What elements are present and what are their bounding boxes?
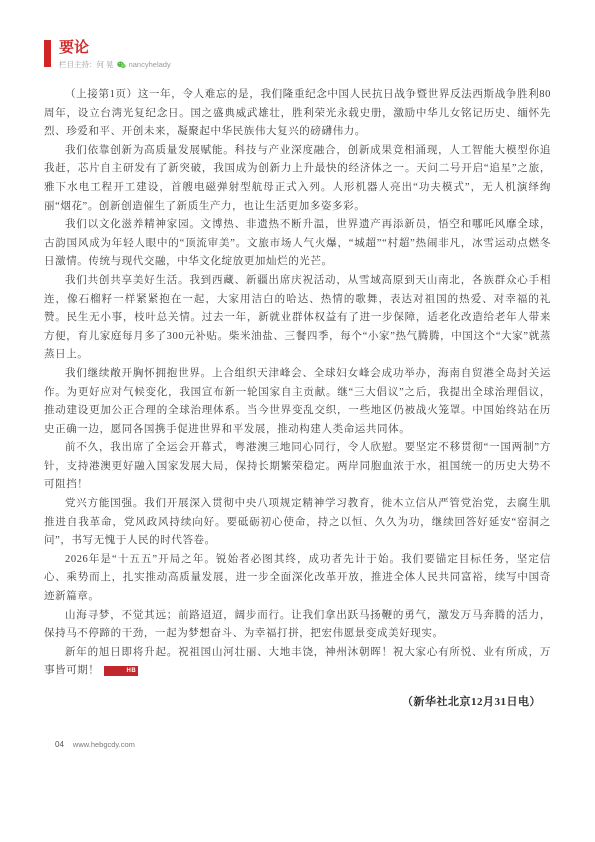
- article-paragraph: （上接第1页）这一年，令人难忘的是，我们隆重纪念中国人民抗日战争暨世界反法西斯战…: [44, 86, 551, 142]
- wechat-id: nancyhelady: [129, 60, 171, 69]
- red-accent-bar: [44, 40, 51, 67]
- article-paragraph: 我们继续敞开胸怀拥抱世界。上合组织天津峰会、全球妇女峰会成功举办，海南自贸港全岛…: [44, 365, 551, 439]
- article-paragraph: 前不久，我出席了全运会开幕式，粤港澳三地同心同行，令人欣慰。要坚定不移贯彻“一国…: [44, 439, 551, 495]
- column-host-label: 栏目主持：何 晃: [59, 59, 114, 70]
- article-paragraph: 党兴方能国强。我们开展深入贯彻中央八项规定精神学习教育，徙木立信从严管党治党，去…: [44, 495, 551, 551]
- article-paragraph: 山海寻梦，不觉其远；前路迢迢，阔步而行。让我们拿出跃马扬鞭的勇气，激发万马奔腾的…: [44, 607, 551, 644]
- website-url: www.hebgcdy.com: [73, 740, 135, 749]
- page-footer: 04 www.hebgcdy.com: [55, 740, 135, 749]
- column-header: 要论 栏目主持：何 晃 nancyhelady: [44, 40, 171, 70]
- magazine-page: 要论 栏目主持：何 晃 nancyhelady （上接第1页）这一年，: [0, 0, 595, 842]
- column-header-text: 要论 栏目主持：何 晃 nancyhelady: [59, 40, 171, 70]
- article-body: （上接第1页）这一年，令人难忘的是，我们隆重纪念中国人民抗日战争暨世界反法西斯战…: [44, 86, 551, 709]
- column-host-line: 栏目主持：何 晃 nancyhelady: [59, 59, 171, 70]
- article-paragraph: 我们依靠创新为高质量发展赋能。科技与产业深度融合，创新成果竞相涌现，人工智能大模…: [44, 142, 551, 216]
- article-paragraph: 我们共创共享美好生活。我到西藏、新疆出席庆祝活动，从雪域高原到天山南北，各族群众…: [44, 272, 551, 365]
- byline: （新华社北京12月31日电）: [44, 693, 551, 709]
- article-closing-paragraph: 新年的旭日即将升起。祝祖国山河壮丽、大地丰饶，神州沐朝晖！祝大家心有所悦、业有所…: [44, 644, 551, 681]
- article-paragraphs: （上接第1页）这一年，令人难忘的是，我们隆重纪念中国人民抗日战争暨世界反法西斯战…: [44, 86, 551, 644]
- wechat-icon: [117, 61, 126, 69]
- article-paragraph: 2026年是“十五五”开局之年。锐始者必图其终，成功者先计于始。我们要锚定目标任…: [44, 551, 551, 607]
- section-title: 要论: [59, 40, 171, 55]
- end-of-article-mark: HB: [104, 666, 139, 676]
- page-number: 04: [55, 740, 64, 749]
- article-paragraph: 我们以文化滋养精神家园。文博热、非遗热不断升温，世界遗产再添新员，悟空和哪吒风靡…: [44, 216, 551, 272]
